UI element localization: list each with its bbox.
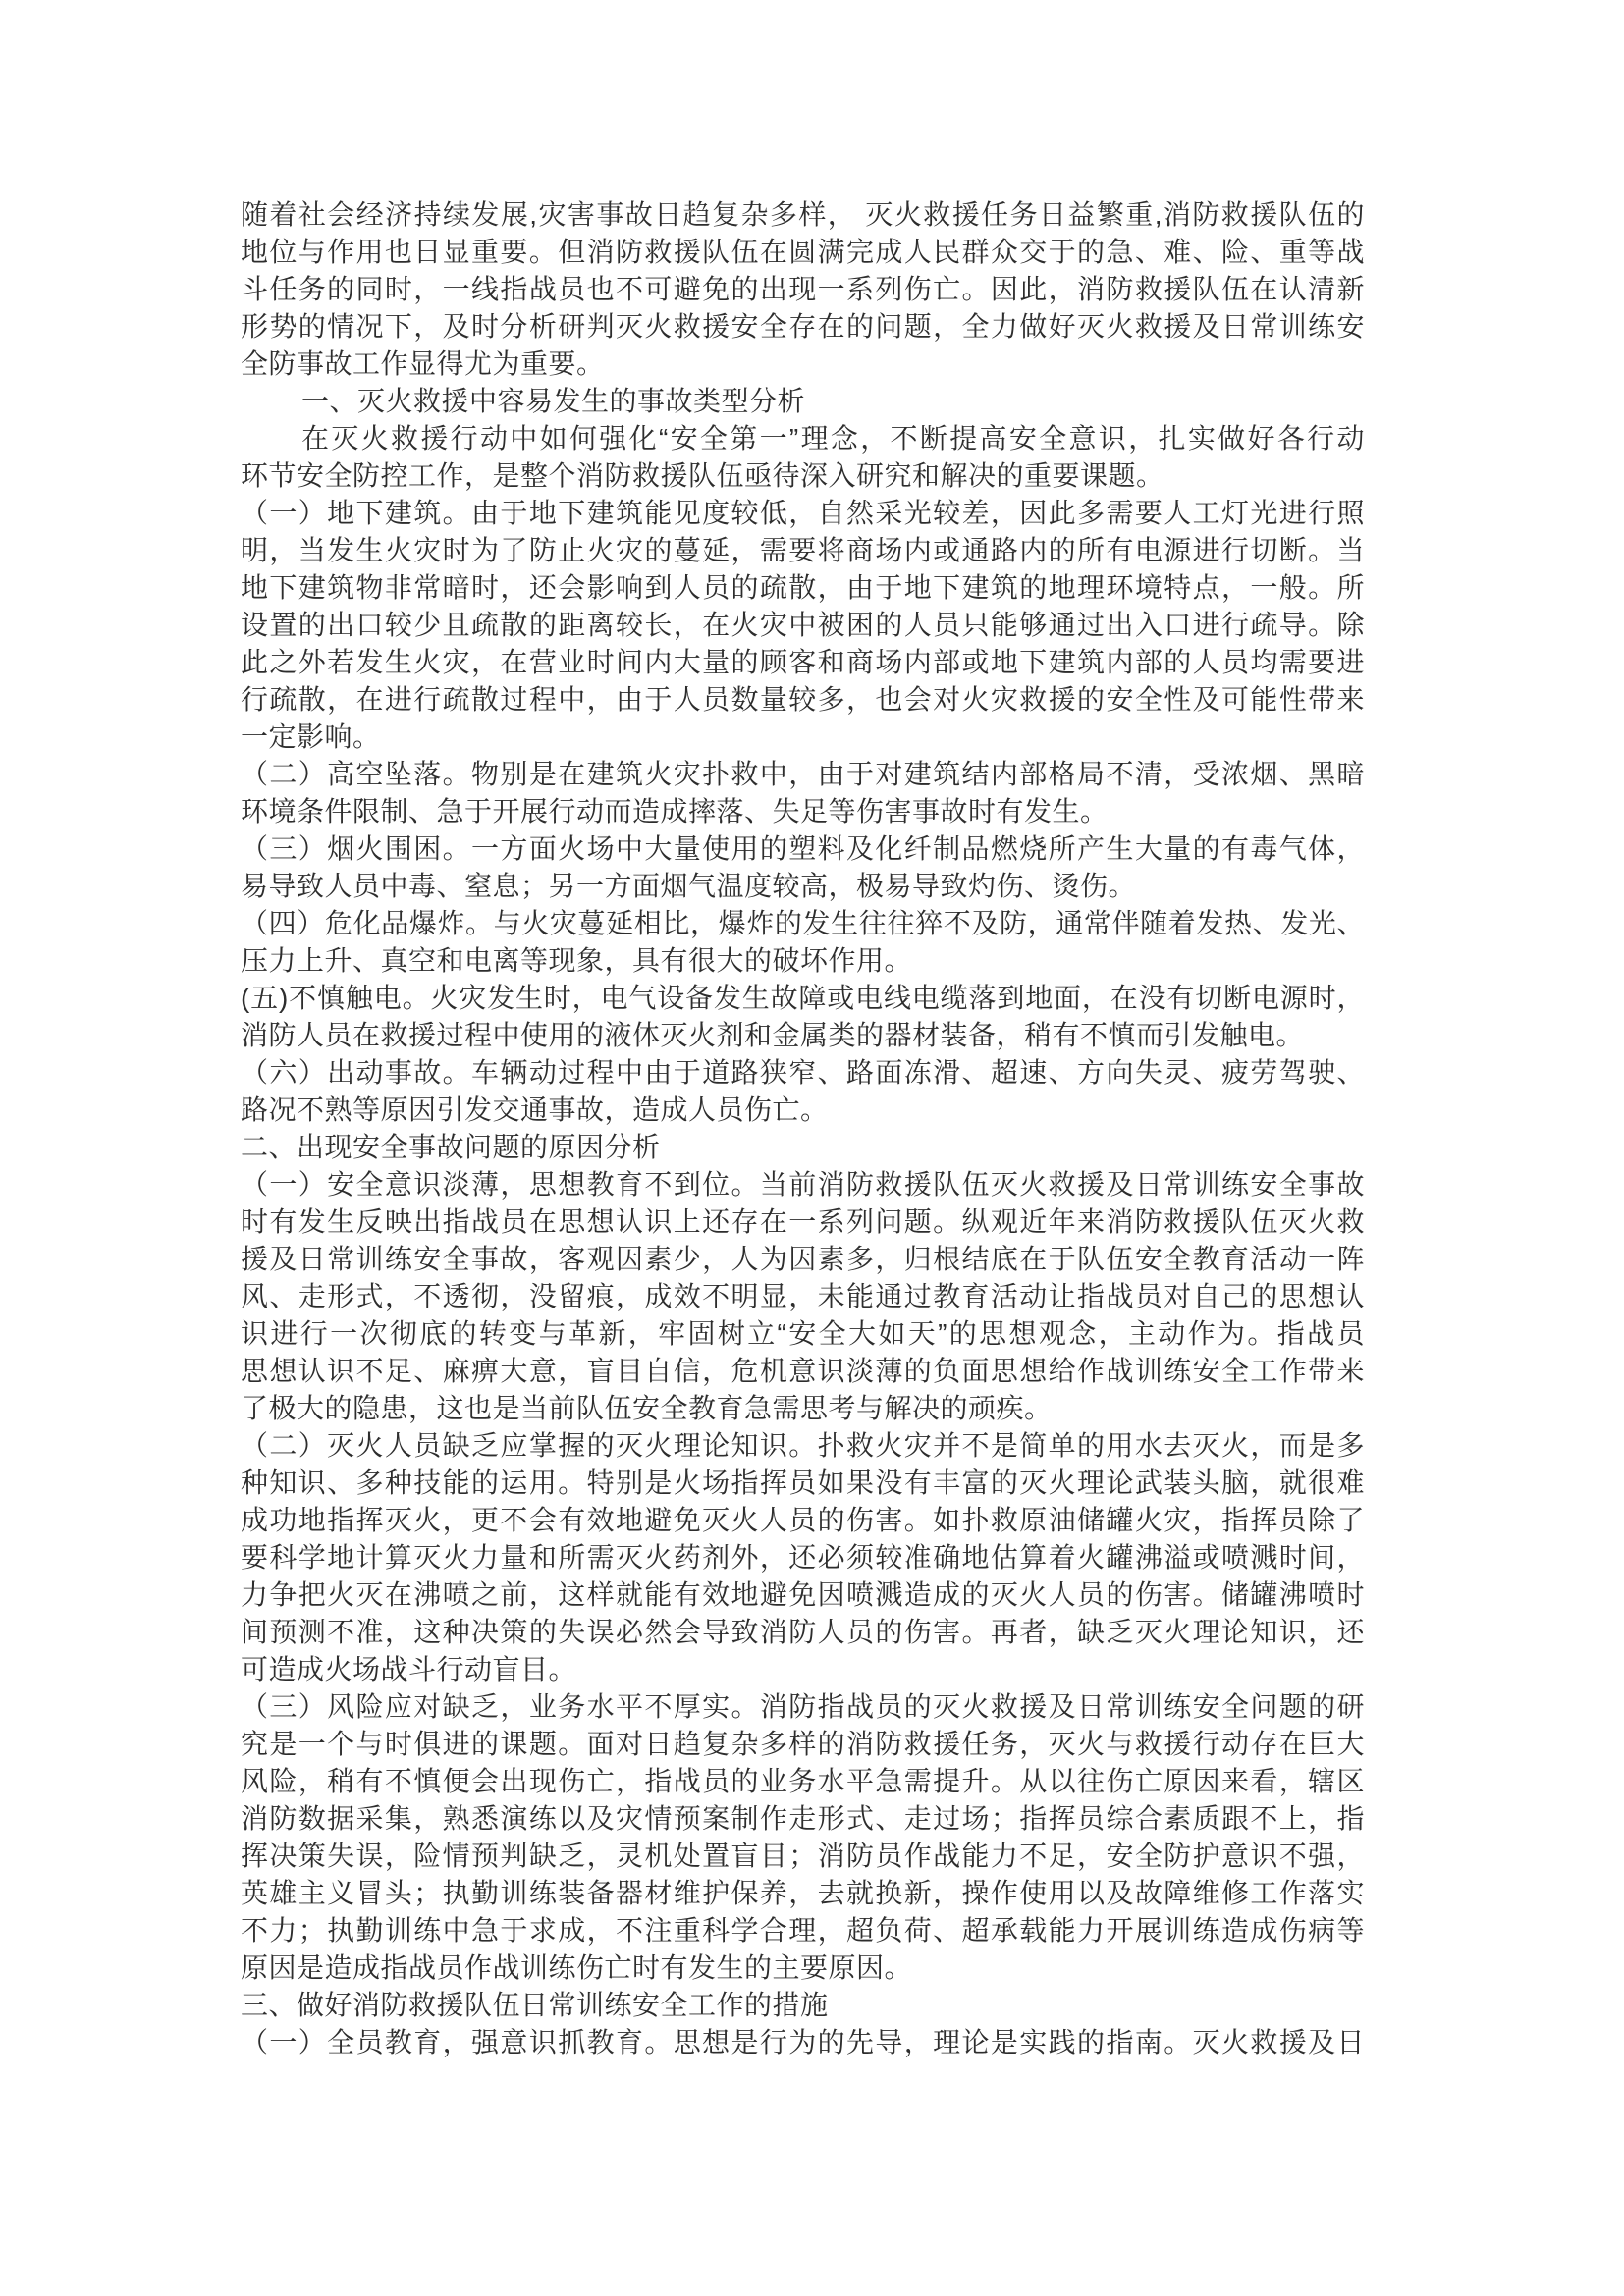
text-line: 一定影响。 — [241, 719, 1365, 756]
text-line: (五)不慎触电。火灾发生时，电气设备发生故障或电线电缆落到地面，在没有切断电源时… — [241, 980, 1365, 1017]
text-line: 地位与作用也日显重要。但消防救援队伍在圆满完成人民群众交于的急、难、险、重等战 — [241, 234, 1365, 271]
text-line: 消防数据采集，熟悉演练以及灾情预案制作走形式、走过场；指挥员综合素质跟不上，指 — [241, 1800, 1365, 1838]
text-line: 力争把火灭在沸喷之前，这样就能有效地避免因喷溅造成的灭火人员的伤害。储罐沸喷时 — [241, 1576, 1365, 1614]
section-heading-line: 三、做好消防救援队伍日常训练安全工作的措施 — [241, 1987, 1365, 2024]
text-line: 不力；执勤训练中急于求成，不注重科学合理，超负荷、超承载能力开展训练造成伤病等 — [241, 1912, 1365, 1949]
text-line: 地下建筑物非常暗时，还会影响到人员的疏散，由于地下建筑的地理环境特点，一般。所 — [241, 569, 1365, 607]
text-line: 间预测不准，这种决策的失误必然会导致消防人员的伤害。再者，缺乏灭火理论知识，还 — [241, 1614, 1365, 1651]
text-line: 斗任务的同时，一线指战员也不可避免的出现一系列伤亡。因此，消防救援队伍在认清新 — [241, 271, 1365, 308]
text-line: 挥决策失误，险情预判缺乏，灵机处置盲目；消防员作战能力不足，安全防护意识不强， — [241, 1838, 1365, 1875]
text-line: 环节安全防控工作，是整个消防救援队伍亟待深入研究和解决的重要课题。 — [241, 457, 1365, 495]
text-line: （六）出动事故。车辆动过程中由于道路狭窄、路面冻滑、超速、方向失灵、疲劳驾驶、 — [241, 1054, 1365, 1092]
text-line: 时有发生反映出指战员在思想认识上还存在一系列问题。纵观近年来消防救援队伍灭火救 — [241, 1203, 1365, 1241]
text-line: （二）高空坠落。物别是在建筑火灾扑救中，由于对建筑结内部格局不清，受浓烟、黑暗 — [241, 756, 1365, 793]
text-line: 全防事故工作显得尤为重要。 — [241, 346, 1365, 383]
text-line: 识进行一次彻底的转变与革新，牢固树立“安全大如天”的思想观念，主动作为。指战员 — [241, 1315, 1365, 1353]
section-heading-line: 一、灭火救援中容易发生的事故类型分析 — [241, 383, 1365, 420]
text-line: 英雄主义冒头；执勤训练装备器材维护保养，去就换新，操作使用以及故障维修工作落实 — [241, 1875, 1365, 1912]
document-page: 随着社会经济持续发展,灾害事故日趋复杂多样， 灭火救援任务日益繁重,消防救援队伍… — [0, 0, 1624, 2296]
text-line: 种知识、多种技能的运用。特别是火场指挥员如果没有丰富的灭火理论武装头脑，就很难 — [241, 1465, 1365, 1502]
text-line: 成功地指挥灭火，更不会有效地避免灭火人员的伤害。如扑救原油储罐火灾，指挥员除了 — [241, 1502, 1365, 1539]
text-line: （一）地下建筑。由于地下建筑能见度较低，自然采光较差，因此多需要人工灯光进行照 — [241, 495, 1365, 532]
document-body: 随着社会经济持续发展,灾害事故日趋复杂多样， 灭火救援任务日益繁重,消防救援队伍… — [241, 196, 1365, 2061]
text-line: 要科学地计算灭火力量和所需灭火药剂外，还必须较准确地估算着火罐沸溢或喷溅时间， — [241, 1539, 1365, 1576]
text-line: 明，当发生火灾时为了防止火灾的蔓延，需要将商场内或通路内的所有电源进行切断。当 — [241, 532, 1365, 569]
text-line: 随着社会经济持续发展,灾害事故日趋复杂多样， 灭火救援任务日益繁重,消防救援队伍… — [241, 196, 1365, 234]
text-line: 援及日常训练安全事故，客观因素少，人为因素多，归根结底在于队伍安全教育活动一阵 — [241, 1241, 1365, 1278]
text-line: （三）风险应对缺乏，业务水平不厚实。消防指战员的灭火救援及日常训练安全问题的研 — [241, 1688, 1365, 1726]
text-line: （一）安全意识淡薄，思想教育不到位。当前消防救援队伍灭火救援及日常训练安全事故 — [241, 1166, 1365, 1203]
text-line: （三）烟火围困。一方面火场中大量使用的塑料及化纤制品燃烧所产生大量的有毒气体， — [241, 830, 1365, 868]
text-line: 易导致人员中毒、窒息；另一方面烟气温度较高，极易导致灼伤、烫伤。 — [241, 868, 1365, 905]
text-line: 设置的出口较少且疏散的距离较长，在火灾中被困的人员只能够通过出入口进行疏导。除 — [241, 607, 1365, 644]
text-line: 此之外若发生火灾，在营业时间内大量的顾客和商场内部或地下建筑内部的人员均需要进 — [241, 644, 1365, 681]
text-line: 环境条件限制、急于开展行动而造成摔落、失足等伤害事故时有发生。 — [241, 793, 1365, 830]
text-line: （二）灭火人员缺乏应掌握的灭火理论知识。扑救火灾并不是简单的用水去灭火，而是多 — [241, 1427, 1365, 1465]
text-line: 思想认识不足、麻痹大意，盲目自信，危机意识淡薄的负面思想给作战训练安全工作带来 — [241, 1353, 1365, 1390]
text-line: 风、走形式，不透彻，没留痕，成效不明显，未能通过教育活动让指战员对自己的思想认 — [241, 1278, 1365, 1315]
text-line: 原因是造成指战员作战训练伤亡时有发生的主要原因。 — [241, 1949, 1365, 1987]
text-line: 在灭火救援行动中如何强化“安全第一”理念，不断提高安全意识，扎实做好各行动 — [241, 420, 1365, 457]
section-heading-line: 二、出现安全事故问题的原因分析 — [241, 1129, 1365, 1166]
text-line: 路况不熟等原因引发交通事故，造成人员伤亡。 — [241, 1092, 1365, 1129]
text-line: 究是一个与时俱进的课题。面对日趋复杂多样的消防救援任务，灭火与救援行动存在巨大 — [241, 1726, 1365, 1763]
text-line: 了极大的隐患，这也是当前队伍安全教育急需思考与解决的顽疾。 — [241, 1390, 1365, 1427]
text-line: 行疏散，在进行疏散过程中，由于人员数量较多，也会对火灾救援的安全性及可能性带来 — [241, 681, 1365, 719]
text-line: 风险，稍有不慎便会出现伤亡，指战员的业务水平急需提升。从以往伤亡原因来看，辖区 — [241, 1763, 1365, 1800]
text-line: 形势的情况下，及时分析研判灭火救援安全存在的问题，全力做好灭火救援及日常训练安 — [241, 308, 1365, 346]
text-line: （一）全员教育，强意识抓教育。思想是行为的先导，理论是实践的指南。灭火救援及日 — [241, 2024, 1365, 2061]
text-line: 压力上升、真空和电离等现象，具有很大的破坏作用。 — [241, 942, 1365, 980]
text-line: （四）危化品爆炸。与火灾蔓延相比，爆炸的发生往往猝不及防，通常伴随着发热、发光、 — [241, 905, 1365, 942]
text-line: 可造成火场战斗行动盲目。 — [241, 1651, 1365, 1688]
text-line: 消防人员在救援过程中使用的液体灭火剂和金属类的器材装备，稍有不慎而引发触电。 — [241, 1017, 1365, 1054]
